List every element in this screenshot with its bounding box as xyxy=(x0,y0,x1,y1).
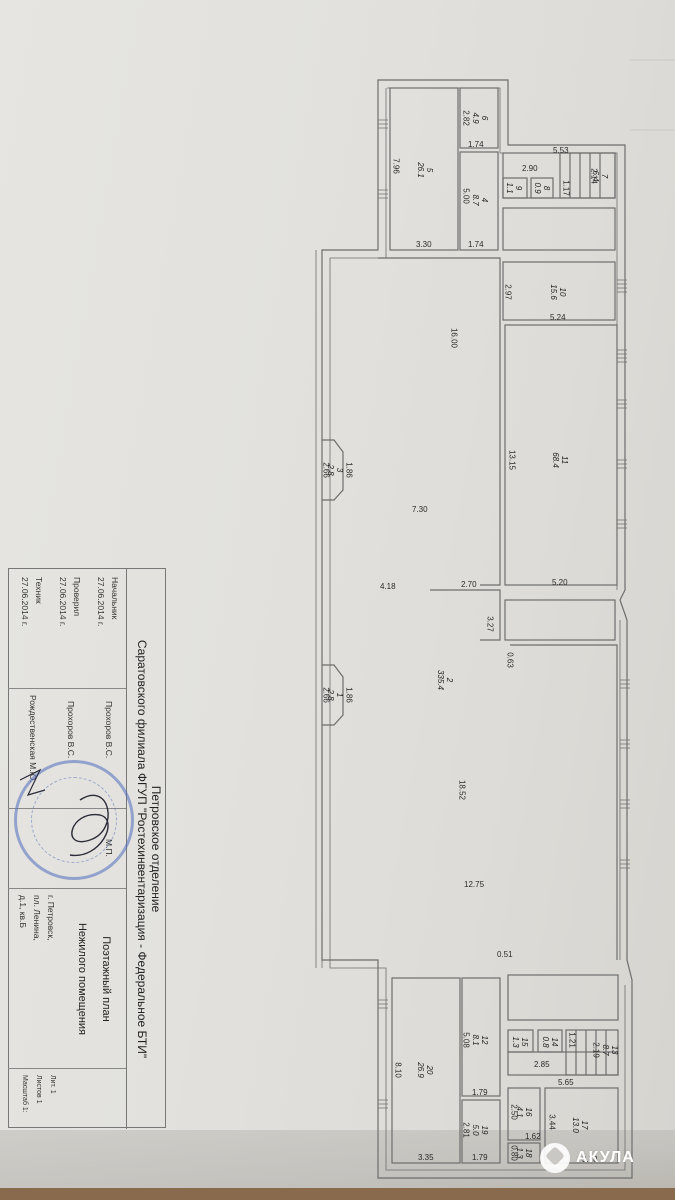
dim-label: 2.66 xyxy=(322,687,331,703)
dim-label: 4.18 xyxy=(380,582,396,591)
dim-label: 5.00 xyxy=(462,188,471,204)
dim-label: 7.96 xyxy=(392,158,401,174)
room-6-label: 64.9 xyxy=(471,112,489,123)
shark-logo-icon xyxy=(540,1143,570,1173)
official-stamp xyxy=(14,760,134,880)
dim-label: 3.44 xyxy=(548,1114,557,1130)
dim-label: 2.50 xyxy=(510,1104,519,1120)
dim-label: 13.15 xyxy=(508,450,517,470)
dim-label: 5.53 xyxy=(553,146,569,155)
dim-label: 3.30 xyxy=(416,240,432,249)
dim-label: 1.62 xyxy=(525,1132,541,1141)
dim-label: 0.80 xyxy=(510,1145,519,1161)
dim-label: 1.74 xyxy=(468,140,484,149)
dim-label: 1.17 xyxy=(562,180,571,196)
dim-label: 5.24 xyxy=(550,313,566,322)
room-14-label: 140.8 xyxy=(541,1036,559,1047)
room-13-label: 138.7 xyxy=(601,1044,619,1055)
organization-header: Петровское отделение Саратовского филиал… xyxy=(127,569,167,1129)
dim-label: 2.66 xyxy=(322,462,331,478)
dim-label: 3.35 xyxy=(418,1153,434,1162)
room-2-label: 2335.4 xyxy=(436,670,454,690)
dim-label: 1.79 xyxy=(472,1088,488,1097)
dim-label: 7.30 xyxy=(412,505,428,514)
dim-label: 1.86 xyxy=(345,687,354,703)
room-20-label: 2026.9 xyxy=(416,1062,434,1078)
dim-label: 2.97 xyxy=(504,284,513,300)
room-12-label: 128.1 xyxy=(471,1034,489,1045)
room-15-label: 151.3 xyxy=(511,1036,529,1047)
dim-label: 1.79 xyxy=(472,1153,488,1162)
dim-label: 2.81 xyxy=(462,1122,471,1138)
room-10-label: 1015.6 xyxy=(549,284,567,300)
dim-label: 5.20 xyxy=(552,578,568,587)
dim-label: 12.75 xyxy=(464,880,484,889)
dim-label: 2.85 xyxy=(534,1060,550,1069)
watermark-logo: АКУЛА xyxy=(540,1143,635,1173)
dim-label: 5.65 xyxy=(558,1078,574,1087)
dim-label: 8.10 xyxy=(394,1062,403,1078)
dim-label: 0.63 xyxy=(506,652,515,668)
room-11-label: 1168.4 xyxy=(551,452,569,468)
dim-label: 2.90 xyxy=(522,164,538,173)
dim-label: 1.86 xyxy=(345,462,354,478)
dim-label: 2.19 xyxy=(592,1042,601,1058)
room-9-label: 91.1 xyxy=(505,182,523,193)
dim-label: 2.70 xyxy=(461,580,477,589)
dim-label: 1.21 xyxy=(568,1032,577,1048)
room-17-label: 1713.0 xyxy=(571,1117,589,1133)
dim-label: 3.27 xyxy=(486,616,495,632)
room-5-label: 526.1 xyxy=(416,162,434,178)
dim-label: 5.08 xyxy=(462,1032,471,1048)
room-4-label: 48.7 xyxy=(471,194,489,205)
dim-label: 2.82 xyxy=(462,110,471,126)
dim-label: 1.74 xyxy=(468,240,484,249)
dim-label: 16.00 xyxy=(450,328,459,348)
dim-label: 18.52 xyxy=(458,780,467,800)
room-19-label: 195.0 xyxy=(471,1124,489,1135)
room-8-label: 80.9 xyxy=(533,182,551,193)
dim-label: 0.51 xyxy=(497,950,513,959)
dim-label: 2.14 xyxy=(590,168,599,184)
